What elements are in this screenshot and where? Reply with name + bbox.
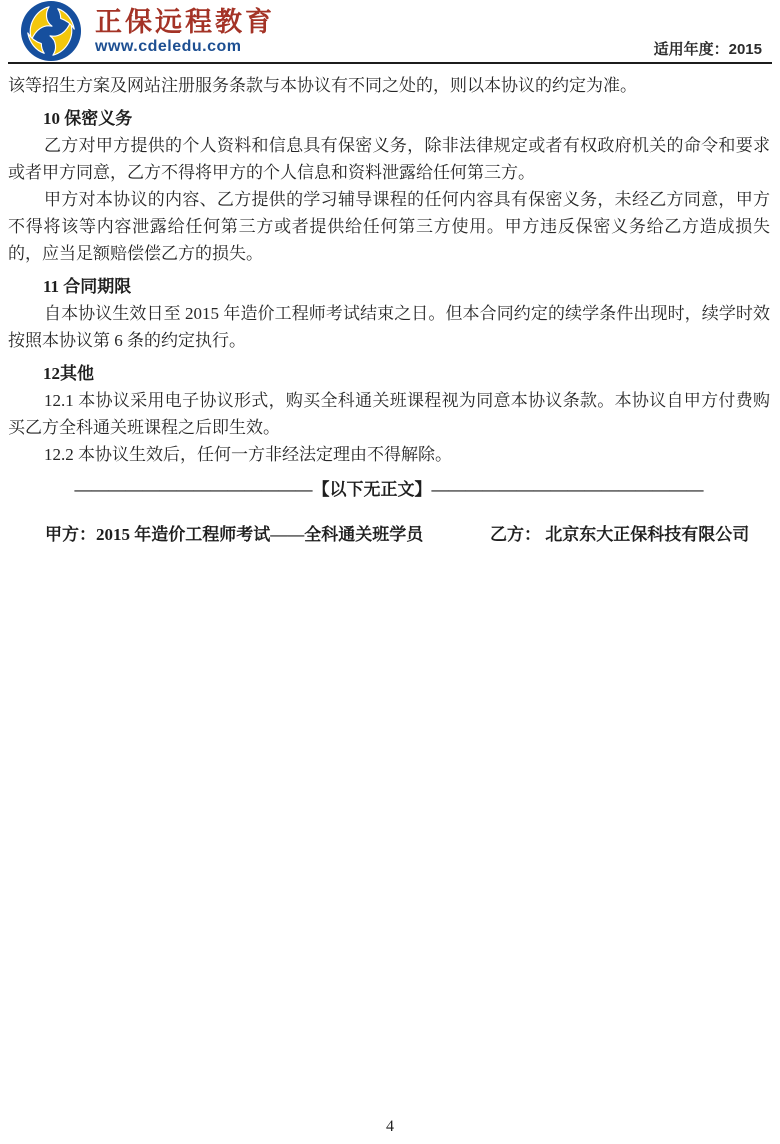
applicable-year: 适用年度：2015 — [654, 38, 762, 62]
contract-body: 该等招生方案及网站注册服务条款与本协议有不同之处的，则以本协议的约定为准。 10… — [0, 72, 780, 548]
brand-url: www.cdeledu.com — [95, 37, 275, 56]
no-more-text-separator: ——————————————【以下无正文】———————————————— — [8, 476, 770, 503]
section-12-paragraph-2: 12.2 本协议生效后，任何一方非经法定理由不得解除。 — [8, 441, 770, 468]
brand-name: 正保远程教育 — [95, 7, 275, 37]
document-page: 正保远程教育 www.cdeledu.com 适用年度：2015 该等招生方案及… — [0, 0, 780, 1144]
page-footer: 4 — [0, 1118, 780, 1136]
section-11-paragraph-1: 自本协议生效日至 2015 年造价工程师考试结束之日。但本合同约定的续学条件出现… — [8, 300, 770, 354]
section-heading-12: 12其他 — [43, 360, 770, 387]
header-divider — [8, 62, 772, 64]
section-heading-11: 11 合同期限 — [43, 273, 770, 300]
brand-text: 正保远程教育 www.cdeledu.com — [95, 7, 275, 56]
section-10-paragraph-1: 乙方对甲方提供的个人资料和信息具有保密义务，除非法律规定或者有权政府机关的命令和… — [8, 132, 770, 186]
page-number: 4 — [386, 1118, 394, 1135]
section-12-paragraph-1: 12.1 本协议采用电子协议形式，购买全科通关班课程视为同意本协议条款。本协议自… — [8, 387, 770, 441]
page-header: 正保远程教育 www.cdeledu.com 适用年度：2015 — [0, 0, 780, 62]
party-b-signature: 乙方： 北京东大正保科技有限公司 — [490, 521, 749, 548]
brand-logo-icon — [20, 0, 82, 62]
signature-row: 甲方：2015 年造价工程师考试——全科通关班学员 乙方： 北京东大正保科技有限… — [8, 521, 770, 548]
section-10-paragraph-2: 甲方对本协议的内容、乙方提供的学习辅导课程的任何内容具有保密义务，未经乙方同意，… — [8, 186, 770, 267]
section-heading-10: 10 保密义务 — [43, 105, 770, 132]
intro-paragraph: 该等招生方案及网站注册服务条款与本协议有不同之处的，则以本协议的约定为准。 — [8, 72, 770, 99]
brand: 正保远程教育 www.cdeledu.com — [20, 0, 275, 62]
party-a-signature: 甲方：2015 年造价工程师考试——全科通关班学员 — [45, 521, 423, 548]
